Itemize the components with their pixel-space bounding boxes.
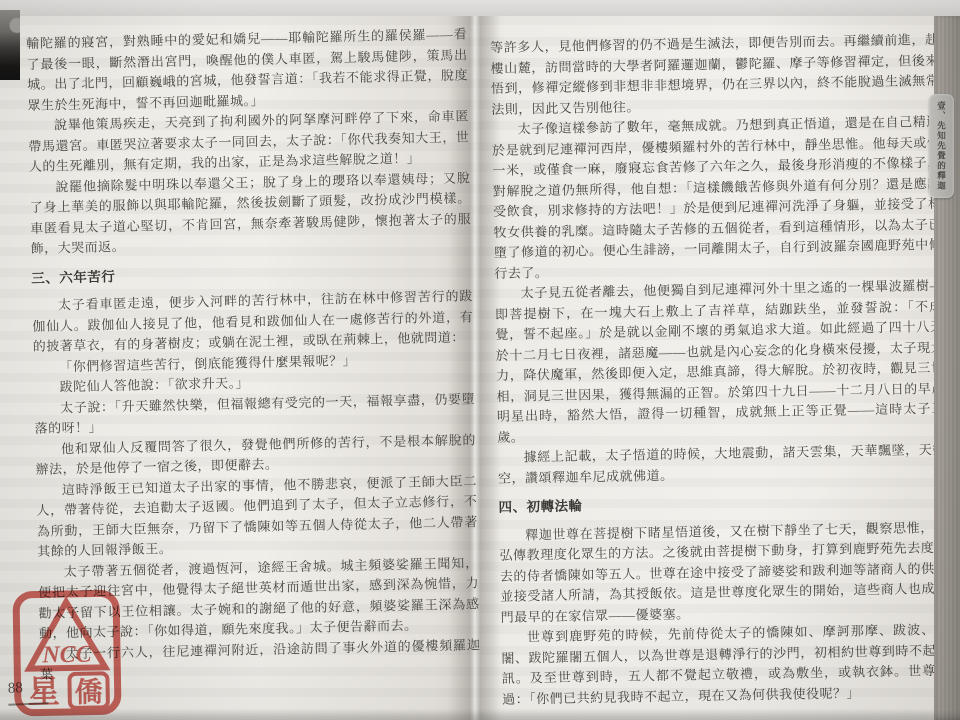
paragraph: 太子看車匿走遠，便步入河畔的苦行林中，往訪在林中修習苦行的跋伽仙人。跋伽仙人接見… — [32, 286, 474, 357]
publisher-stamp: NCC 星 僑 — [12, 589, 122, 717]
paragraph: 太子見五從者離去，他便獨自到尼連禪河外十里之遙的一棵畢波羅樹——即菩提樹下，在一… — [495, 275, 960, 447]
paragraph: 說畢他策馬疾走，天亮到了拘利國外的阿拏摩河畔停了下來，命車匿帶馬還宮。車匿哭泣著… — [28, 106, 470, 177]
open-book: 輸陀羅的寢宮，對熟睡中的愛妃和嬌兒——耶輸陀羅所生的羅侯羅——看了最後一眼，斷然… — [0, 16, 960, 720]
paragraph: 太子像這樣參訪了數年，毫無成就。乃想到真正悟道，還是在自己精進。於是就到尼連禪河… — [492, 112, 957, 284]
stamp-ncc-text: NCC — [41, 642, 93, 669]
chapter-tab-label: 壹、先知先覺的釋迦 — [936, 101, 948, 191]
paragraph: 據經上記載，太子悟道的時候，大地震動，諸天雲集，天華飄墜，天樂鳴空，讚頌釋迦牟尼… — [498, 439, 960, 488]
stamp-char-star: 星 — [27, 673, 60, 710]
paragraph: 釋迦世尊在菩提樹下睹星悟道後，又在樹下靜坐了七天，觀察思惟，探索弘傳教理度化眾生… — [499, 517, 960, 628]
book-photo: { "page": { "number": "88", "side_tab_la… — [0, 0, 960, 720]
paragraph: 世尊到鹿野苑的時候，先前侍從太子的憍陳如、摩訶那摩、跋波、阿婆闍、跋陀羅闍五個人… — [501, 619, 960, 709]
stamp-char-qiao: 僑 — [74, 676, 103, 708]
paragraph: 輸陀羅的寢宮，對熟睡中的愛妃和嬌兒——耶輸陀羅所生的羅侯羅——看了最後一眼，斷然… — [26, 24, 469, 116]
paragraph: 四、初轉法輪 — [498, 489, 960, 518]
right-page-text: 等許多人，見他們修習的仍不過是生滅法，即便告別而去。再繼續前進，赴彌樓山麓，訪問… — [490, 30, 960, 710]
left-page-text: 輸陀羅的寢宮，對熟睡中的愛妃和嬌兒——耶輸陀羅所生的羅侯羅——看了最後一眼，斷然… — [26, 24, 481, 685]
chapter-thumb-tab: 壹、先知先覺的釋迦 — [929, 94, 954, 198]
portrait-photo-fragment — [0, 10, 20, 80]
stamp-graphic: NCC 星 僑 — [12, 589, 122, 717]
paragraph: 這時淨飯王已知道太子出家的事情，他不勝悲哀，便派了王師大臣二人，帶著侍從，去追勸… — [36, 471, 479, 563]
paragraph: 說罷他摘除髮中明珠以奉還父王；脫了身上的瓔珞以奉還姨母；又脫了身上華美的服飾以與… — [29, 168, 472, 260]
paragraph: 等許多人，見他們修習的仍不過是生滅法，即便告別而去。再繼續前進，赴彌樓山麓，訪問… — [490, 30, 953, 120]
paragraph: 三、六年苦行 — [31, 259, 472, 289]
photo-bottom-edge — [0, 710, 960, 720]
